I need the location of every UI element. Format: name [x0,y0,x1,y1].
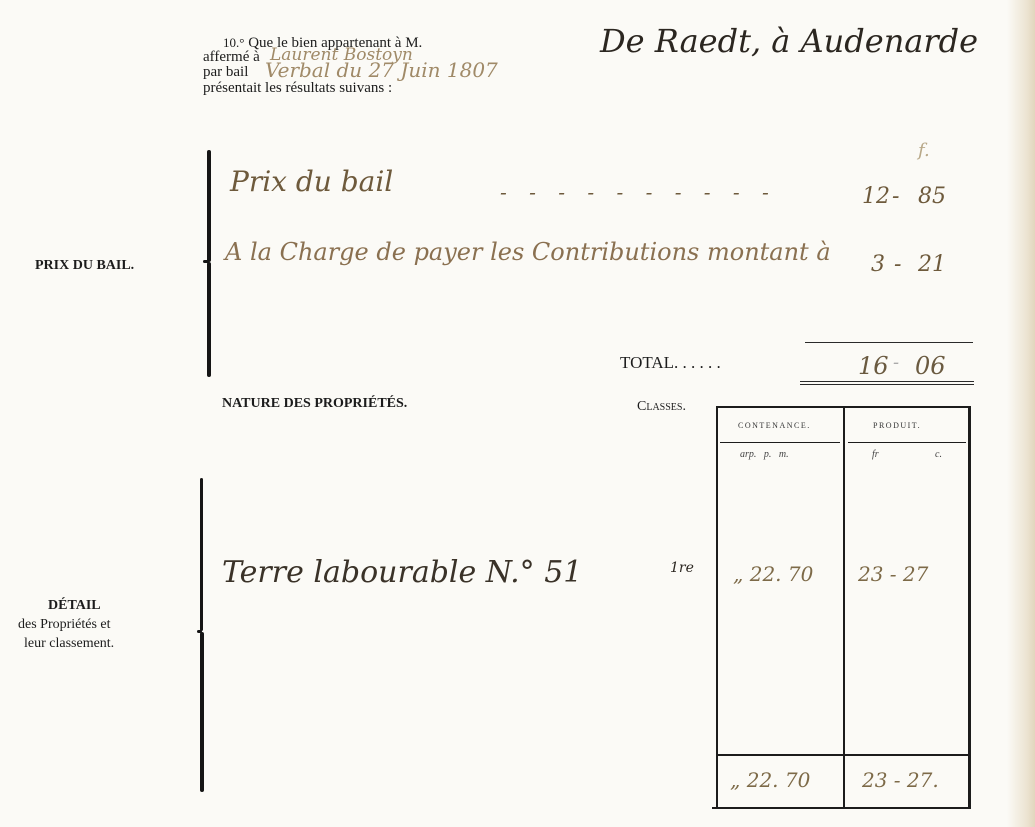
lease-prompt: par bail [203,65,248,80]
brace-upper [207,150,211,262]
contenance-units: arp. p. m. [740,449,789,460]
prix-row-1-description: Prix du bail [230,165,393,198]
lease-handwritten: Verbal du 27 Juin 1807 [265,58,498,82]
page-edge-shadow [1007,0,1035,827]
owner-handwritten: De Raedt, à Audenarde [600,22,978,60]
contenance-header: CONTENANCE. [738,421,811,430]
total-centimes: 06 [915,352,946,380]
prix-row-1-francs: 12 [862,184,890,209]
table-bottom-border [712,807,971,809]
item-number: 10.° [223,35,244,50]
detail-brace-upper [200,478,203,631]
property-contenance: „ 22. 70 [733,562,813,586]
prix-row-1-leader: - - - - - - - - - - [500,180,777,204]
detail-brace-lower [200,632,204,792]
total-top-rule [805,342,973,343]
total-contenance: „ 22. 70 [730,768,810,792]
brace-lower [207,262,211,377]
produit-header: PRODUIT. [873,421,921,430]
prix-row-2-francs: 3 [871,252,885,277]
total-double-rule-1 [800,381,974,382]
detail-label-line-1: DÉTAIL [48,598,101,614]
prix-du-bail-label: PRIX DU BAIL. [35,258,134,274]
table-right-border [968,406,971,808]
property-produit: 23 - 27 [858,562,928,586]
property-classe: 1re [670,560,694,576]
detail-label-line-2: des Propriétés et [18,617,111,633]
total-produit: 23 - 27. [862,768,939,792]
produit-units-francs: fr [872,449,879,460]
results-prompt: présentait les résultats suivans : [203,81,392,96]
total-francs: 16 [858,352,889,380]
property-nature: Terre labourable N.° 51 [222,555,582,590]
amount-separator: - [894,252,901,277]
table-left-border [716,406,718,808]
currency-header: f. [918,140,930,161]
contenance-header-rule [720,442,840,443]
amount-separator: - [893,352,899,373]
prix-row-1-centimes: 85 [918,184,946,209]
total-label: TOTAL. . . . . . [620,353,721,373]
produit-units-centimes: c. [935,449,942,460]
total-double-rule-2 [800,384,974,385]
classes-label: Classes. [637,399,686,415]
table-middle-divider [843,406,845,808]
produit-header-rule [848,442,966,443]
prix-row-2-description: A la Charge de payer les Contributions m… [225,238,831,266]
prix-row-2-centimes: 21 [918,252,946,277]
tenant-prompt: affermé à [203,50,260,65]
detail-label-line-3: leur classement. [24,636,114,652]
nature-label: NATURE DES PROPRIÉTÉS. [222,396,407,412]
amount-separator: - [892,184,899,209]
totals-top-rule [716,754,970,756]
